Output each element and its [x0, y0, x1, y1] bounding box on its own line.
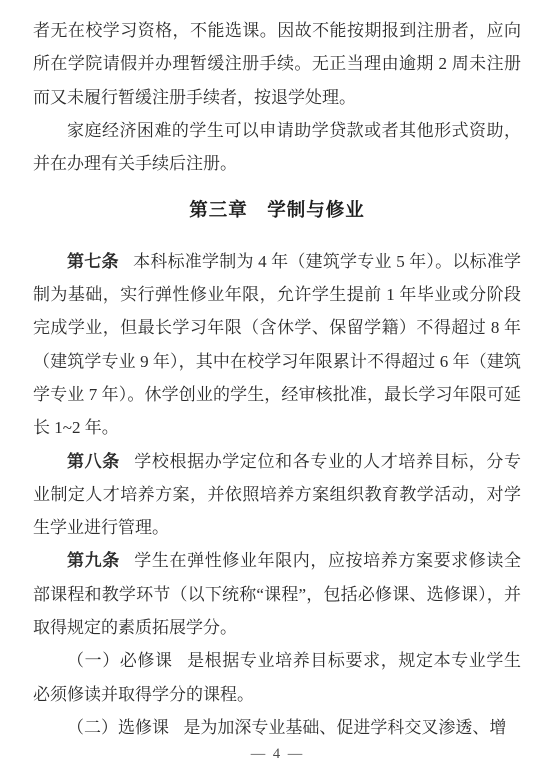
- document-page: 者无在校学习资格，不能选课。因故不能按期报到注册者，应向所在学院请假并办理暂缓注…: [0, 0, 555, 775]
- paragraph-financial-aid: 家庭经济困难的学生可以申请助学贷款或者其他形式资助，并在办理有关手续后注册。: [33, 114, 521, 181]
- list-item-elective-courses: （二）选修课是为加深专业基础、促进学科交叉渗透、增: [33, 711, 521, 744]
- list-item-required-courses: （一）必修课是根据专业培养目标要求，规定本专业学生必须修读并取得学分的课程。: [33, 644, 521, 711]
- article-8: 第八条学校根据办学定位和各专业的人才培养目标，分专业制定人才培养方案，并依照培养…: [33, 445, 521, 545]
- page-content: 者无在校学习资格，不能选课。因故不能按期报到注册者，应向所在学院请假并办理暂缓注…: [0, 0, 555, 744]
- article-7-number: 第七条: [67, 252, 119, 271]
- article-9-number: 第九条: [67, 551, 120, 570]
- page-number: — 4 —: [0, 747, 555, 762]
- article-7-text: 本科标准学制为 4 年（建筑学专业 5 年）。以标准学制为基础，实行弹性修业年限…: [33, 252, 521, 437]
- list-item-elective-courses-label: （二）选修课: [67, 718, 169, 737]
- chapter-heading: 第三章 学制与修业: [33, 193, 521, 226]
- article-8-number: 第八条: [67, 452, 120, 471]
- list-item-required-courses-label: （一）必修课: [67, 651, 173, 670]
- article-9: 第九条学生在弹性修业年限内，应按培养方案要求修读全部课程和教学环节（以下统称“课…: [33, 544, 521, 644]
- list-item-elective-courses-text: 是为加深专业基础、促进学科交叉渗透、增: [183, 718, 506, 737]
- paragraph-registration-continued: 者无在校学习资格，不能选课。因故不能按期报到注册者，应向所在学院请假并办理暂缓注…: [33, 14, 521, 114]
- article-7: 第七条本科标准学制为 4 年（建筑学专业 5 年）。以标准学制为基础，实行弹性修…: [33, 245, 521, 445]
